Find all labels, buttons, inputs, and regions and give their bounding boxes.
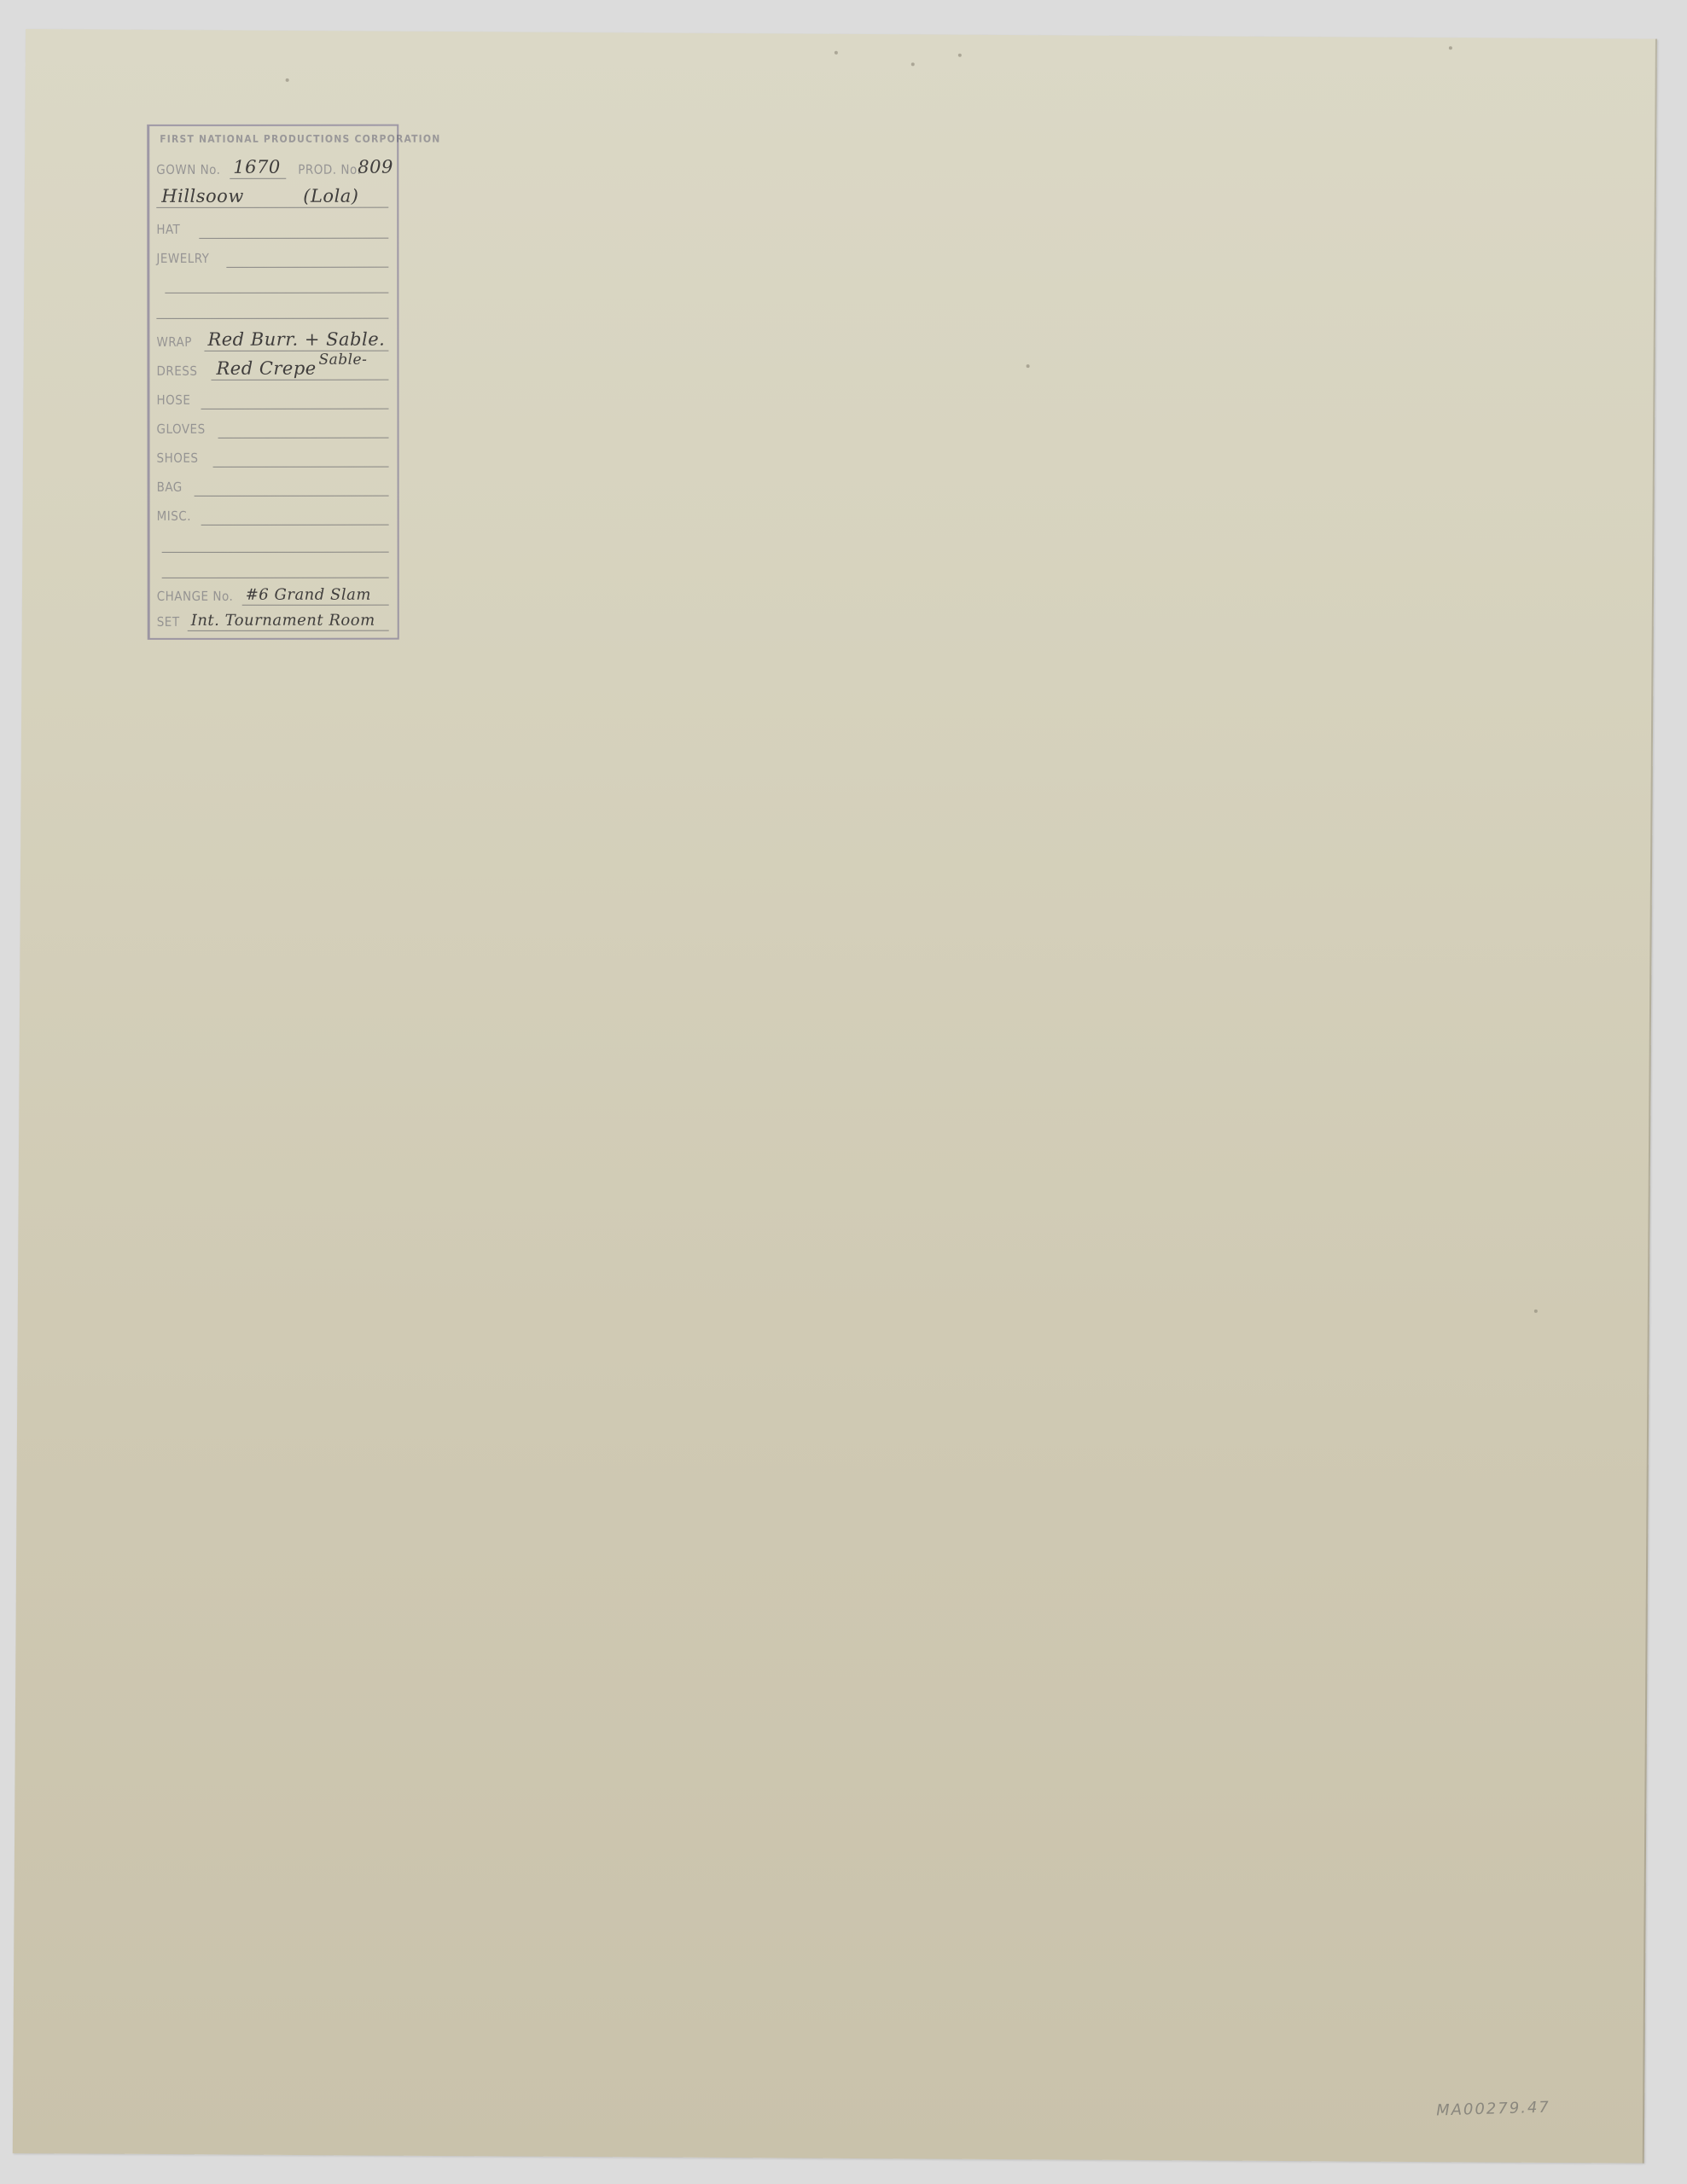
blank-line	[165, 293, 388, 293]
change-row: CHANGE No. #6 Grand Slam	[157, 582, 389, 607]
set-line	[188, 630, 389, 631]
gloves-line	[218, 438, 389, 439]
dress-line	[211, 380, 388, 380]
misc-row: MISC.	[157, 502, 389, 527]
name-line	[156, 207, 388, 208]
change-line	[242, 605, 389, 606]
paper-speck	[835, 51, 838, 55]
name-row: Hillsoow (Lola)	[156, 184, 388, 210]
shoes-line	[213, 467, 389, 468]
shoes-row: SHOES	[157, 444, 389, 469]
gloves-row: GLOVES	[157, 415, 389, 440]
change-value: #6 Grand Slam	[246, 586, 371, 604]
misc-label: MISC.	[157, 508, 191, 524]
paper-speck	[286, 78, 289, 82]
paper-speck	[1027, 364, 1030, 368]
wrap-label: WRAP	[156, 334, 192, 350]
dress-value: Red Crepe	[216, 358, 316, 379]
prod-value: 809	[358, 157, 393, 177]
photo-verso-paper: FIRST NATIONAL PRODUCTIONS CORPORATION G…	[13, 29, 1657, 2164]
dress-annotation: Sable-	[318, 351, 367, 369]
stamp-header: FIRST NATIONAL PRODUCTIONS CORPORATION	[160, 133, 440, 145]
blank-row	[157, 529, 389, 555]
hat-line	[199, 238, 388, 239]
prod-label: PROD. No.	[298, 162, 361, 177]
gown-value: 1670	[233, 157, 280, 177]
catalog-number: MA00279.47	[1436, 2099, 1550, 2120]
paper-speck	[958, 54, 962, 57]
gloves-label: GLOVES	[157, 421, 206, 437]
bag-line	[195, 496, 389, 497]
blank-row	[156, 295, 388, 321]
paper-edge	[1643, 39, 1657, 2164]
wrap-value: Red Burr. + Sable.	[207, 329, 385, 350]
blank-line	[162, 552, 389, 553]
dress-label: DRESS	[156, 363, 197, 379]
paper-speck	[1534, 1310, 1538, 1313]
costume-stamp: FIRST NATIONAL PRODUCTIONS CORPORATION G…	[147, 125, 399, 640]
hat-row: HAT	[156, 215, 388, 241]
hat-label: HAT	[156, 222, 180, 237]
bag-label: BAG	[157, 479, 183, 495]
paper-speck	[1449, 46, 1452, 49]
hose-row: HOSE	[156, 386, 388, 411]
shoes-label: SHOES	[157, 450, 199, 466]
hose-line	[201, 409, 389, 409]
gown-label: GOWN No.	[156, 162, 220, 177]
name-note: (Lola)	[303, 186, 358, 206]
wrap-row: WRAP Red Burr. + Sable.	[156, 328, 388, 353]
change-label: CHANGE No.	[157, 589, 234, 604]
jewelry-line	[226, 267, 388, 268]
blank-row	[156, 270, 388, 295]
hose-label: HOSE	[156, 392, 190, 408]
jewelry-row: JEWELRY	[156, 244, 388, 270]
gown-line	[230, 178, 286, 179]
set-row: SET Int. Tournament Room	[157, 607, 389, 633]
bag-row: BAG	[157, 473, 389, 498]
name-value: Hillsoow	[161, 186, 244, 206]
set-value: Int. Tournament Room	[191, 612, 375, 630]
blank-row	[157, 555, 389, 580]
gown-row: GOWN No. 1670 PROD. No. 809	[156, 155, 388, 181]
set-label: SET	[157, 614, 180, 630]
paper-speck	[911, 62, 915, 66]
dress-row: DRESS Red Crepe Sable-	[156, 357, 388, 382]
misc-line	[201, 525, 389, 526]
blank-line	[156, 318, 388, 319]
jewelry-label: JEWELRY	[156, 251, 209, 266]
blank-line	[162, 578, 389, 578]
